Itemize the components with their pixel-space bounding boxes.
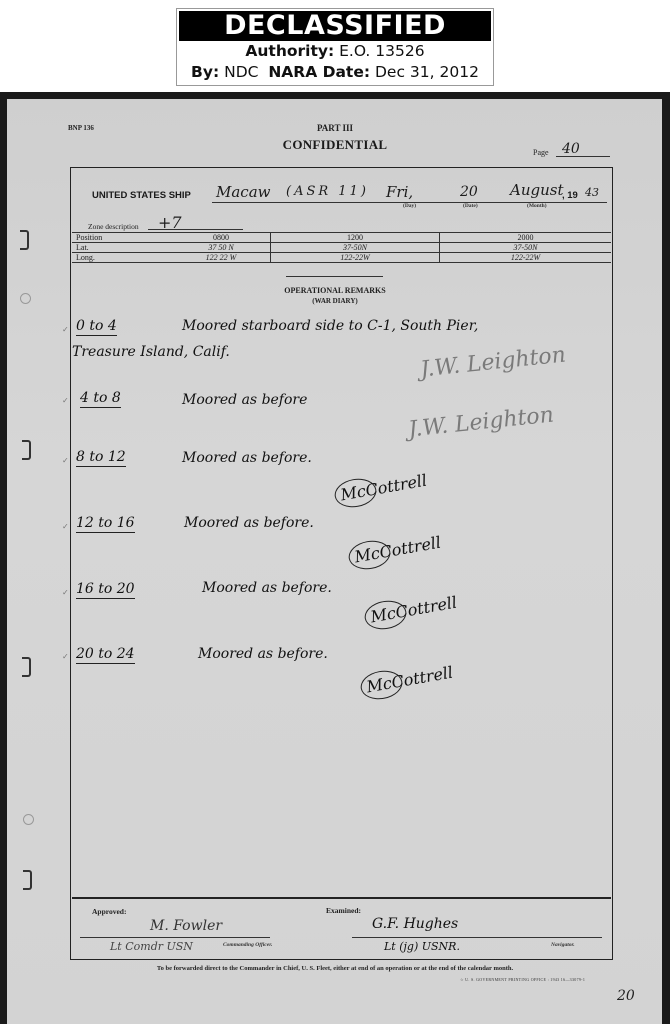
- position-row-lat: Lat. 37 50 N 37-50N 37-50N: [72, 243, 611, 253]
- long-label: Long.: [72, 253, 172, 263]
- check-mark: ✓: [62, 396, 69, 405]
- ship-label: UNITED STATES SHIP: [92, 190, 191, 201]
- ship-day: Fri,: [386, 183, 413, 201]
- position-col-2000: 2000: [440, 233, 612, 243]
- lat-2000: 37-50N: [440, 243, 612, 253]
- zone-label: Zone description: [88, 222, 139, 231]
- long-0800: 122 22 W: [172, 253, 271, 263]
- check-mark: ✓: [62, 522, 69, 531]
- navigator-caption: Navigator.: [551, 942, 575, 948]
- page-number: 40: [562, 141, 580, 157]
- printer-imprint: ☆ U. S. GOVERNMENT PRINTING OFFICE : 194…: [460, 977, 585, 982]
- declassified-stamp: DECLASSIFIED Authority: E.O. 13526 By: N…: [176, 8, 494, 86]
- stamp-by-date: By: NDC NARA Date: Dec 31, 2012: [177, 62, 493, 83]
- part-label: PART III: [0, 123, 670, 133]
- year-prefix: , 19: [562, 190, 578, 201]
- entry-time: 8 to 12: [76, 449, 126, 467]
- ship-date: 20: [460, 184, 478, 200]
- position-row-long: Long. 122 22 W 122-22W 122-22W: [72, 253, 611, 263]
- page-label: Page: [533, 148, 549, 157]
- position-col-1200: 1200: [271, 233, 440, 243]
- entry-text: Moored as before.: [184, 515, 314, 531]
- entry-time: 12 to 16: [76, 515, 135, 533]
- forwarding-instruction: To be forwarded direct to the Commander …: [0, 965, 670, 972]
- binder-clip-icon: [22, 440, 31, 460]
- commanding-officer-caption: Commanding Officer.: [223, 942, 272, 948]
- entry-time: 16 to 20: [76, 581, 135, 599]
- position-table: Position 0800 1200 2000 Lat. 37 50 N 37-…: [72, 232, 611, 263]
- long-1200: 122-22W: [271, 253, 440, 263]
- entry-text: Moored starboard side to C-1, South Pier…: [182, 318, 478, 334]
- entry-text: Moored as before: [182, 392, 307, 408]
- footer-divider: [72, 897, 611, 899]
- day-caption: (Day): [403, 203, 416, 209]
- zone-value: +7: [158, 213, 182, 232]
- examined-signature: G.F. Hughes: [372, 916, 458, 932]
- approved-signature: M. Fowler: [150, 918, 222, 934]
- examined-signature-line: [352, 937, 602, 938]
- entry-text: Moored as before.: [202, 580, 332, 596]
- binder-clip-icon: [23, 870, 32, 890]
- check-mark: ✓: [62, 588, 69, 597]
- examined-label: Examined:: [326, 906, 361, 915]
- remarks-title: OPERATIONAL REMARKS: [0, 286, 670, 295]
- month-caption: (Month): [527, 203, 547, 209]
- position-header: Position: [72, 233, 172, 243]
- date-caption: (Date): [463, 203, 478, 209]
- remarks-subtitle: (WAR DIARY): [0, 297, 670, 305]
- check-mark: ✓: [62, 456, 69, 465]
- position-header-row: Position 0800 1200 2000: [72, 233, 611, 243]
- binder-clip-icon: [22, 657, 31, 677]
- entry-text-continued: Treasure Island, Calif.: [72, 344, 230, 360]
- lat-label: Lat.: [72, 243, 172, 253]
- long-2000: 122-22W: [440, 253, 612, 263]
- stamp-authority: Authority: E.O. 13526: [177, 41, 493, 62]
- examined-rank: Lt (jg) USNR.: [384, 940, 460, 953]
- entry-text: Moored as before.: [198, 646, 328, 662]
- approved-signature-line: [80, 937, 270, 938]
- entry-time: 0 to 4: [76, 318, 117, 336]
- position-col-0800: 0800: [172, 233, 271, 243]
- lat-0800: 37 50 N: [172, 243, 271, 253]
- remarks-divider: [286, 276, 383, 277]
- ship-name: Macaw: [216, 183, 271, 201]
- entry-time: 20 to 24: [76, 646, 135, 664]
- entry-time: 4 to 8: [80, 390, 121, 408]
- check-mark: ✓: [62, 325, 69, 334]
- ship-hull: (ASR 11): [286, 184, 369, 199]
- binder-clip-icon: [20, 230, 29, 250]
- ship-month: August: [510, 181, 563, 199]
- year-suffix: 43: [585, 186, 599, 199]
- approved-rank: Lt Comdr USN: [110, 940, 193, 953]
- stamp-title: DECLASSIFIED: [179, 11, 491, 41]
- corner-number: 20: [617, 988, 635, 1004]
- lat-1200: 37-50N: [271, 243, 440, 253]
- check-mark: ✓: [62, 652, 69, 661]
- punch-hole-icon: [23, 814, 34, 825]
- approved-label: Approved:: [92, 907, 126, 916]
- entry-text: Moored as before.: [182, 450, 312, 466]
